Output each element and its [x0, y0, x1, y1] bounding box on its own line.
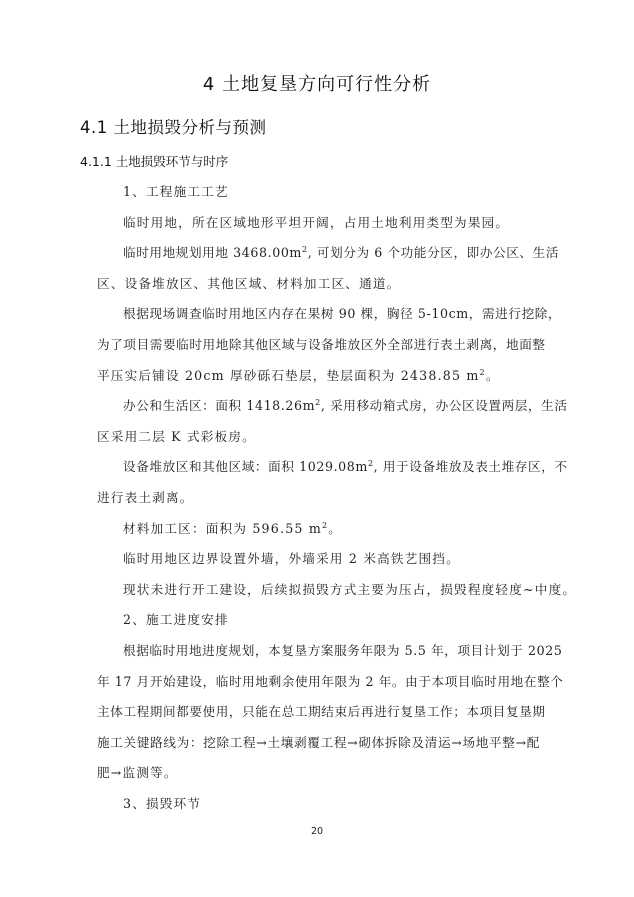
body-text: 1、工程施工工艺临时用地，所在区域地形平坦开阔，占用土地利用类型为果园。临时用地… — [97, 180, 540, 822]
text-line: 施工关键路线为：挖除工程→土壤剥覆工程→砌体拆除及清运→场地平整→配 — [97, 731, 540, 762]
text-line: 肥→监测等。 — [97, 761, 540, 792]
text-line: 办公和生活区：面积 1418.26m2, 采用移动箱式房，办公区设置两层，生活 — [97, 394, 540, 425]
text-line: 临时用地，所在区域地形平坦开阔，占用土地利用类型为果园。 — [97, 211, 540, 242]
text-line: 为了项目需要临时用地除其他区域与设备堆放区外全部进行表土剥离，地面整 — [97, 333, 540, 364]
text-line: 现状未进行开工建设，后续拟损毁方式主要为压占，损毁程度轻度~中度。 — [97, 578, 540, 609]
text-line: 设备堆放区和其他区域：面积 1029.08m2, 用于设备堆放及表土堆存区，不 — [97, 455, 540, 486]
text-line: 临时用地规划用地 3468.00m2, 可划分为 6 个功能分区，即办公区、生活 — [97, 241, 540, 272]
text-line: 年 17 月开始建设，临时用地剩余使用年限为 2 年。由于本项目临时用地在整个 — [97, 670, 540, 701]
text-line: 进行表土剥离。 — [97, 486, 540, 517]
text-line: 根据临时用地进度规划，本复垦方案服务年限为 5.5 年，项目计划于 2025 — [97, 639, 540, 670]
text-line: 材料加工区：面积为 596.55 m2。 — [97, 517, 540, 548]
chapter-title: 4 土地复垦方向可行性分析 — [0, 72, 634, 98]
text-line: 1、工程施工工艺 — [97, 180, 540, 211]
text-line: 3、损毁环节 — [97, 792, 540, 823]
text-line: 区采用二层 K 式彩板房。 — [97, 425, 540, 456]
text-line: 临时用地区边界设置外墙，外墙采用 2 米高铁艺围挡。 — [97, 547, 540, 578]
subsection-title: 4.1.1 土地损毁环节与时序 — [80, 152, 228, 172]
section-title: 4.1 土地损毁分析与预测 — [80, 116, 267, 140]
page-number: 20 — [0, 826, 634, 837]
text-line: 平压实后铺设 20cm 厚砂砾石垫层，垫层面积为 2438.85 m2。 — [97, 364, 540, 395]
text-line: 2、施工进度安排 — [97, 608, 540, 639]
text-line: 主体工程期间都要使用，只能在总工期结束后再进行复垦工作；本项目复垦期 — [97, 700, 540, 731]
text-line: 区、设备堆放区、其他区域、材料加工区、通道。 — [97, 272, 540, 303]
text-line: 根据现场调查临时用地区内存在果树 90 棵，胸径 5-10cm，需进行挖除， — [97, 302, 540, 333]
document-page: 4 土地复垦方向可行性分析 4.1 土地损毁分析与预测 4.1.1 土地损毁环节… — [0, 0, 634, 897]
